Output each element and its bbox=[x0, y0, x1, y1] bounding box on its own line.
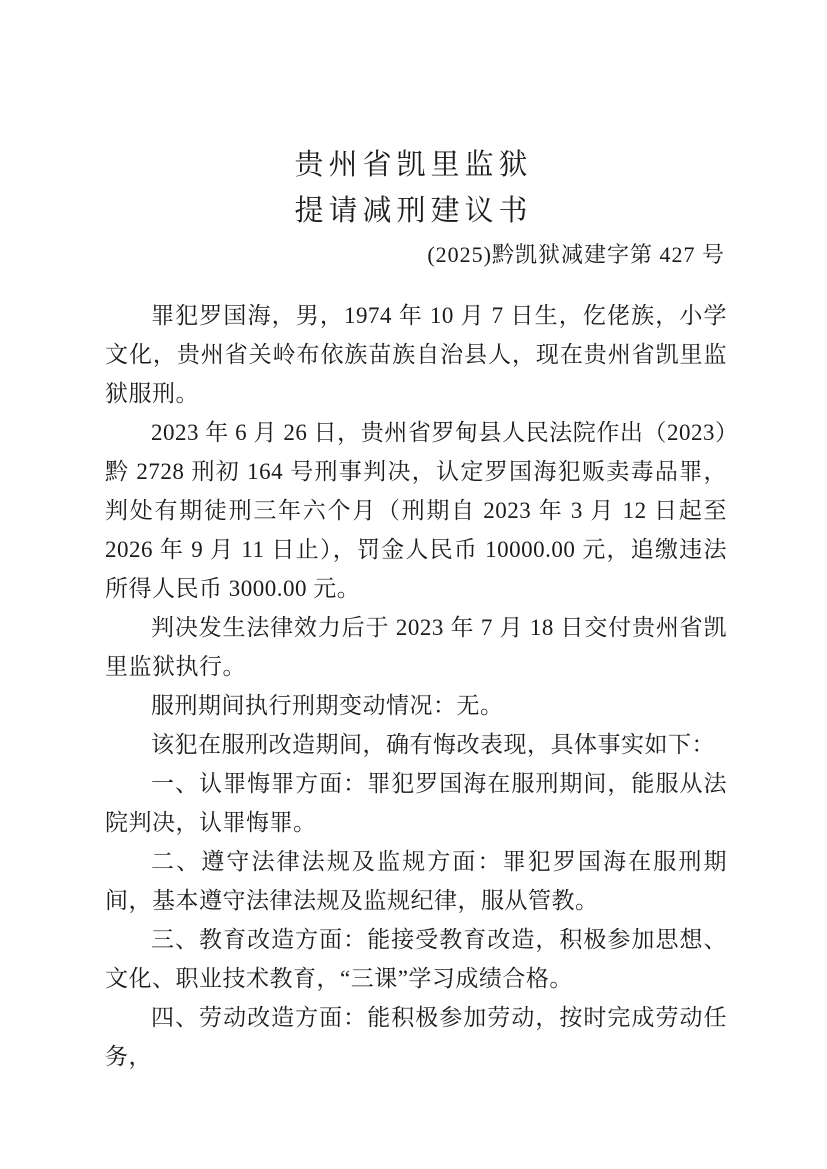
document-header: 贵州省凯里监狱 提请减刑建议书 bbox=[0, 142, 827, 234]
document-title-organization: 贵州省凯里监狱 bbox=[0, 142, 827, 188]
paragraph-delivery-to-prison: 判决发生法律效力后于 2023 年 7 月 18 日交付贵州省凯里监狱执行。 bbox=[105, 608, 727, 686]
document-page: 贵州省凯里监狱 提请减刑建议书 (2025)黔凯狱减建字第 427 号 罪犯罗国… bbox=[0, 0, 827, 1169]
paragraph-reform-intro: 该犯在服刑改造期间，确有悔改表现，具体事实如下： bbox=[105, 725, 727, 764]
document-body: 罪犯罗国海，男，1974 年 10 月 7 日生，仡佬族，小学文化，贵州省关岭布… bbox=[105, 296, 727, 1076]
paragraph-item-2-discipline: 二、遵守法律法规及监规方面：罪犯罗国海在服刑期间，基本遵守法律法规及监规纪律，服… bbox=[105, 842, 727, 920]
document-number: (2025)黔凯狱减建字第 427 号 bbox=[427, 240, 725, 270]
paragraph-item-1-confession: 一、认罪悔罪方面：罪犯罗国海在服刑期间，能服从法院判决，认罪悔罪。 bbox=[105, 764, 727, 842]
paragraph-term-change-status: 服刑期间执行刑期变动情况：无。 bbox=[105, 686, 727, 725]
paragraph-prisoner-info: 罪犯罗国海，男，1974 年 10 月 7 日生，仡佬族，小学文化，贵州省关岭布… bbox=[105, 296, 727, 413]
paragraph-judgment-details: 2023 年 6 月 26 日，贵州省罗甸县人民法院作出（2023）黔 2728… bbox=[105, 413, 727, 608]
document-title-type: 提请减刑建议书 bbox=[0, 188, 827, 234]
paragraph-item-4-labor: 四、劳动改造方面：能积极参加劳动，按时完成劳动任务， bbox=[105, 998, 727, 1076]
paragraph-item-3-education: 三、教育改造方面：能接受教育改造，积极参加思想、文化、职业技术教育，“三课”学习… bbox=[105, 920, 727, 998]
